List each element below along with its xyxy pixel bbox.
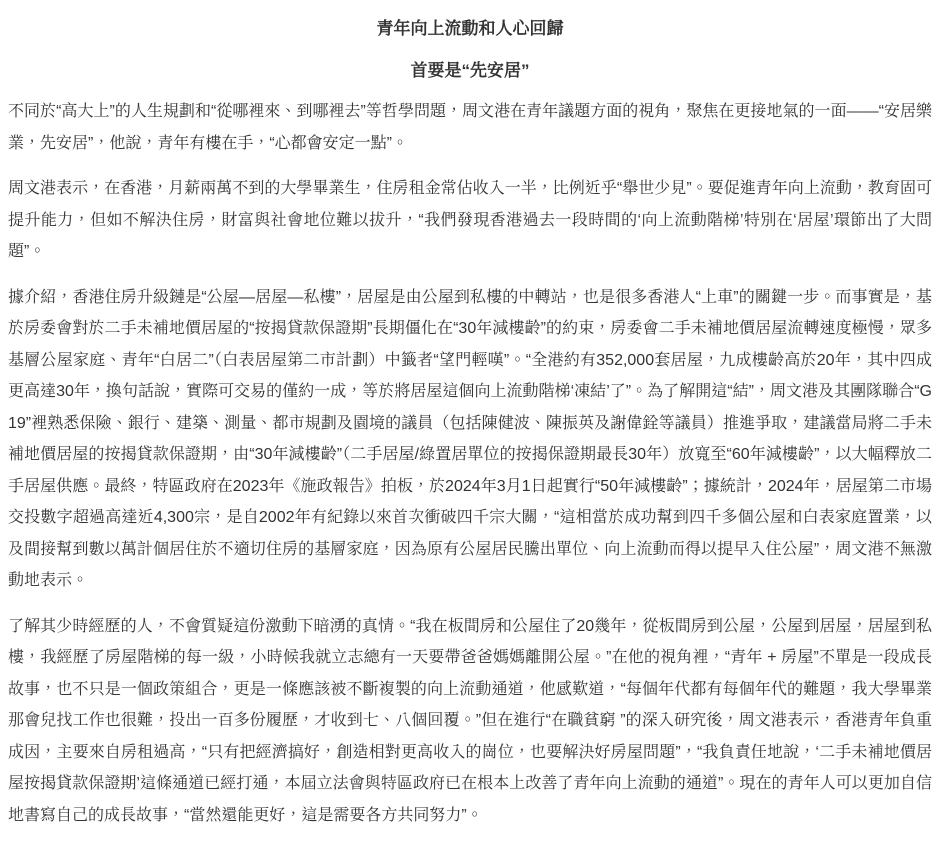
paragraph-personal-story: 了解其少時經歷的人，不會質疑這份激動下暗湧的真情。“我在板間房和公屋住了20幾年… [8,611,932,832]
paragraph-housing-rent: 周文港表示，在香港，月薪兩萬不到的大學畢業生，住房租金常佔收入一半，比例近乎“舉… [8,173,932,268]
article: 青年向上流動和人心回歸 首要是“先安居” 不同於“高大上”的人生規劃和“從哪裡來… [0,0,940,851]
article-title: 青年向上流動和人心回歸 [8,18,932,40]
paragraph-intro: 不同於“高大上”的人生規劃和“從哪裡來、到哪裡去”等哲學問題，周文港在青年議題方… [8,96,932,159]
article-subtitle: 首要是“先安居” [8,60,932,82]
paragraph-housing-ladder-policy: 據介紹，香港住房升級鏈是“公屋—居屋—私樓”，居屋是由公屋到私樓的中轉站，也是很… [8,282,932,597]
